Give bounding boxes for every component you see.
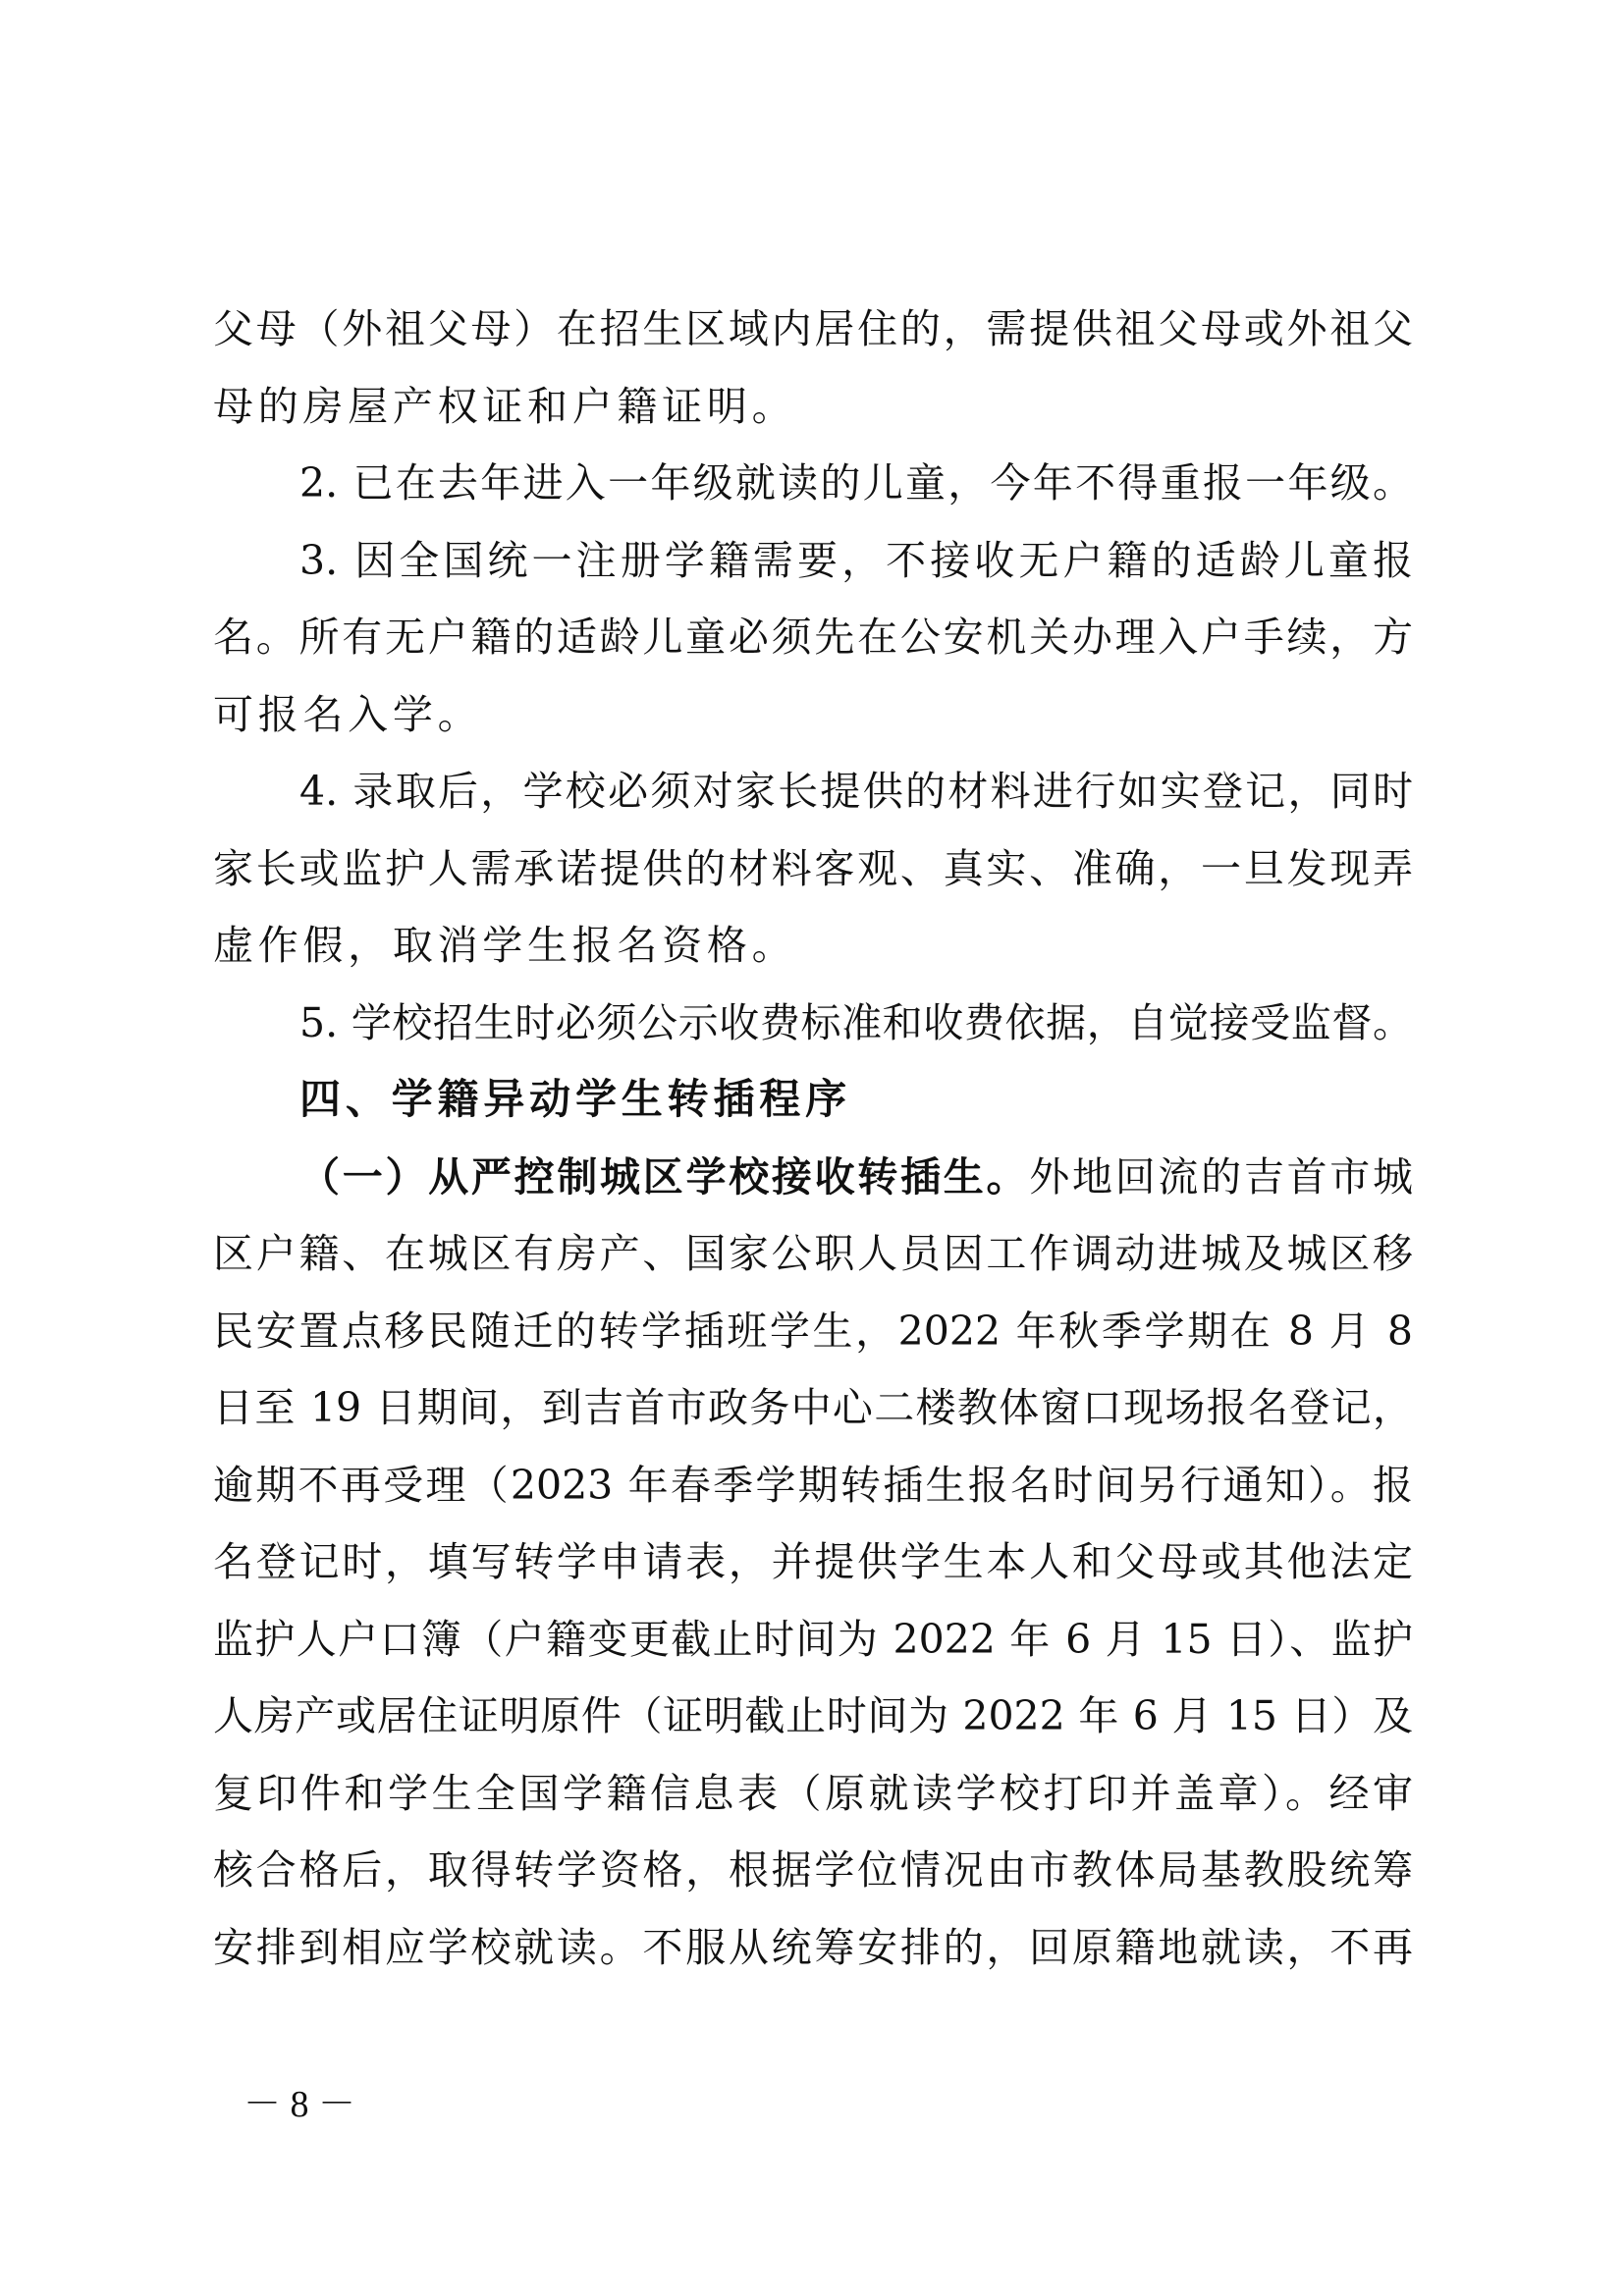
paragraph-line: 母的房屋产权证和户籍证明。 (213, 368, 1413, 446)
line-text: 安排到相应学校就读。不服从统筹安排的，回原籍地就读，不再 (213, 1924, 1413, 1971)
paragraph-line: 名。所有无户籍的适龄儿童必须先在公安机关办理入户手续，方 (213, 599, 1413, 676)
line-text: 区户籍、在城区有房产、国家公职人员因工作调动进城及城区移 (213, 1230, 1413, 1277)
line-text: 父母（外祖父母）在招生区域内居住的，需提供祖父母或外祖父 (213, 305, 1413, 352)
line-text: 人房产或居住证明原件（证明截止时间为 2022 年 6 月 15 日）及 (213, 1692, 1413, 1739)
line-text: 虚作假，取消学生报名资格。 (213, 922, 796, 969)
line-text: 2. 已在去年进入一年级就读的儿童，今年不得重报一年级。 (299, 459, 1413, 507)
list-item-5: 5. 学校招生时必须公示收费标准和收费依据，自觉接受监督。 (213, 985, 1413, 1062)
list-item-4: 4. 录取后，学校必须对家长提供的材料进行如实登记，同时 (213, 753, 1413, 830)
paragraph-line: 监护人户口簿（户籍变更截止时间为 2022 年 6 月 15 日）、监护 (213, 1601, 1413, 1679)
document-body: 父母（外祖父母）在招生区域内居住的，需提供祖父母或外祖父 母的房屋产权证和户籍证… (213, 291, 1413, 1986)
line-text: 名登记时，填写转学申请表，并提供学生本人和父母或其他法定 (213, 1538, 1413, 1585)
line-text: 4. 录取后，学校必须对家长提供的材料进行如实登记，同时 (299, 768, 1413, 815)
paragraph-line: 区户籍、在城区有房产、国家公职人员因工作调动进城及城区移 (213, 1215, 1413, 1293)
paragraph-line: 复印件和学生全国学籍信息表（原就读学校打印并盖章）。经审 (213, 1755, 1413, 1833)
line-text: 核合格后，取得转学资格，根据学位情况由市教体局基教股统筹 (213, 1846, 1413, 1894)
line-text: 名。所有无户籍的适龄儿童必须先在公安机关办理入户手续，方 (213, 614, 1413, 661)
heading-text: 四、学籍异动学生转插程序 (299, 1075, 851, 1123)
paragraph-line: 可报名入学。 (213, 676, 1413, 754)
paragraph-line: 逾期不再受理（2023 年春季学期转插生报名时间另行通知）。报 (213, 1447, 1413, 1524)
subsection-title: （一）从严控制城区学校接收转插生。 (299, 1153, 1029, 1201)
line-text: 5. 学校招生时必须公示收费标准和收费依据，自觉接受监督。 (299, 999, 1413, 1046)
paragraph-line: 日至 19 日期间，到吉首市政务中心二楼教体窗口现场报名登记， (213, 1369, 1413, 1447)
paragraph-line: 虚作假，取消学生报名资格。 (213, 907, 1413, 985)
page-number: － 8 － (244, 2081, 355, 2128)
section-heading: 四、学籍异动学生转插程序 (213, 1061, 1413, 1139)
paragraph-line: 名登记时，填写转学申请表，并提供学生本人和父母或其他法定 (213, 1523, 1413, 1601)
paragraph-line: 人房产或居住证明原件（证明截止时间为 2022 年 6 月 15 日）及 (213, 1678, 1413, 1755)
line-text: 3. 因全国统一注册学籍需要，不接收无户籍的适龄儿童报 (299, 537, 1413, 584)
list-item-2: 2. 已在去年进入一年级就读的儿童，今年不得重报一年级。 (213, 445, 1413, 522)
line-text: 可报名入学。 (213, 691, 482, 738)
line-text: 日至 19 日期间，到吉首市政务中心二楼教体窗口现场报名登记， (213, 1384, 1413, 1431)
line-text: 民安置点移民随迁的转学插班学生，2022 年秋季学期在 8 月 8 (213, 1308, 1413, 1355)
line-text: 复印件和学生全国学籍信息表（原就读学校打印并盖章）。经审 (213, 1770, 1413, 1817)
paragraph-line: 家长或监护人需承诺提供的材料客观、真实、准确，一旦发现弄 (213, 830, 1413, 908)
paragraph-line: 父母（外祖父母）在招生区域内居住的，需提供祖父母或外祖父 (213, 291, 1413, 368)
paragraph-line: 核合格后，取得转学资格，根据学位情况由市教体局基教股统筹 (213, 1832, 1413, 1909)
line-text: 母的房屋产权证和户籍证明。 (213, 383, 796, 430)
paragraph-line: 安排到相应学校就读。不服从统筹安排的，回原籍地就读，不再 (213, 1909, 1413, 1987)
document-page: 父母（外祖父母）在招生区域内居住的，需提供祖父母或外祖父 母的房屋产权证和户籍证… (0, 0, 1624, 2296)
paragraph-line: 民安置点移民随迁的转学插班学生，2022 年秋季学期在 8 月 8 (213, 1293, 1413, 1370)
line-text: 监护人户口簿（户籍变更截止时间为 2022 年 6 月 15 日）、监护 (213, 1616, 1413, 1663)
line-text: 外地回流的吉首市城 (1029, 1153, 1413, 1201)
line-text: 逾期不再受理（2023 年春季学期转插生报名时间另行通知）。报 (213, 1462, 1413, 1509)
line-text: 家长或监护人需承诺提供的材料客观、真实、准确，一旦发现弄 (213, 845, 1413, 892)
list-item-3: 3. 因全国统一注册学籍需要，不接收无户籍的适龄儿童报 (213, 522, 1413, 600)
subsection-paragraph-start: （一）从严控制城区学校接收转插生。外地回流的吉首市城 (213, 1139, 1413, 1216)
